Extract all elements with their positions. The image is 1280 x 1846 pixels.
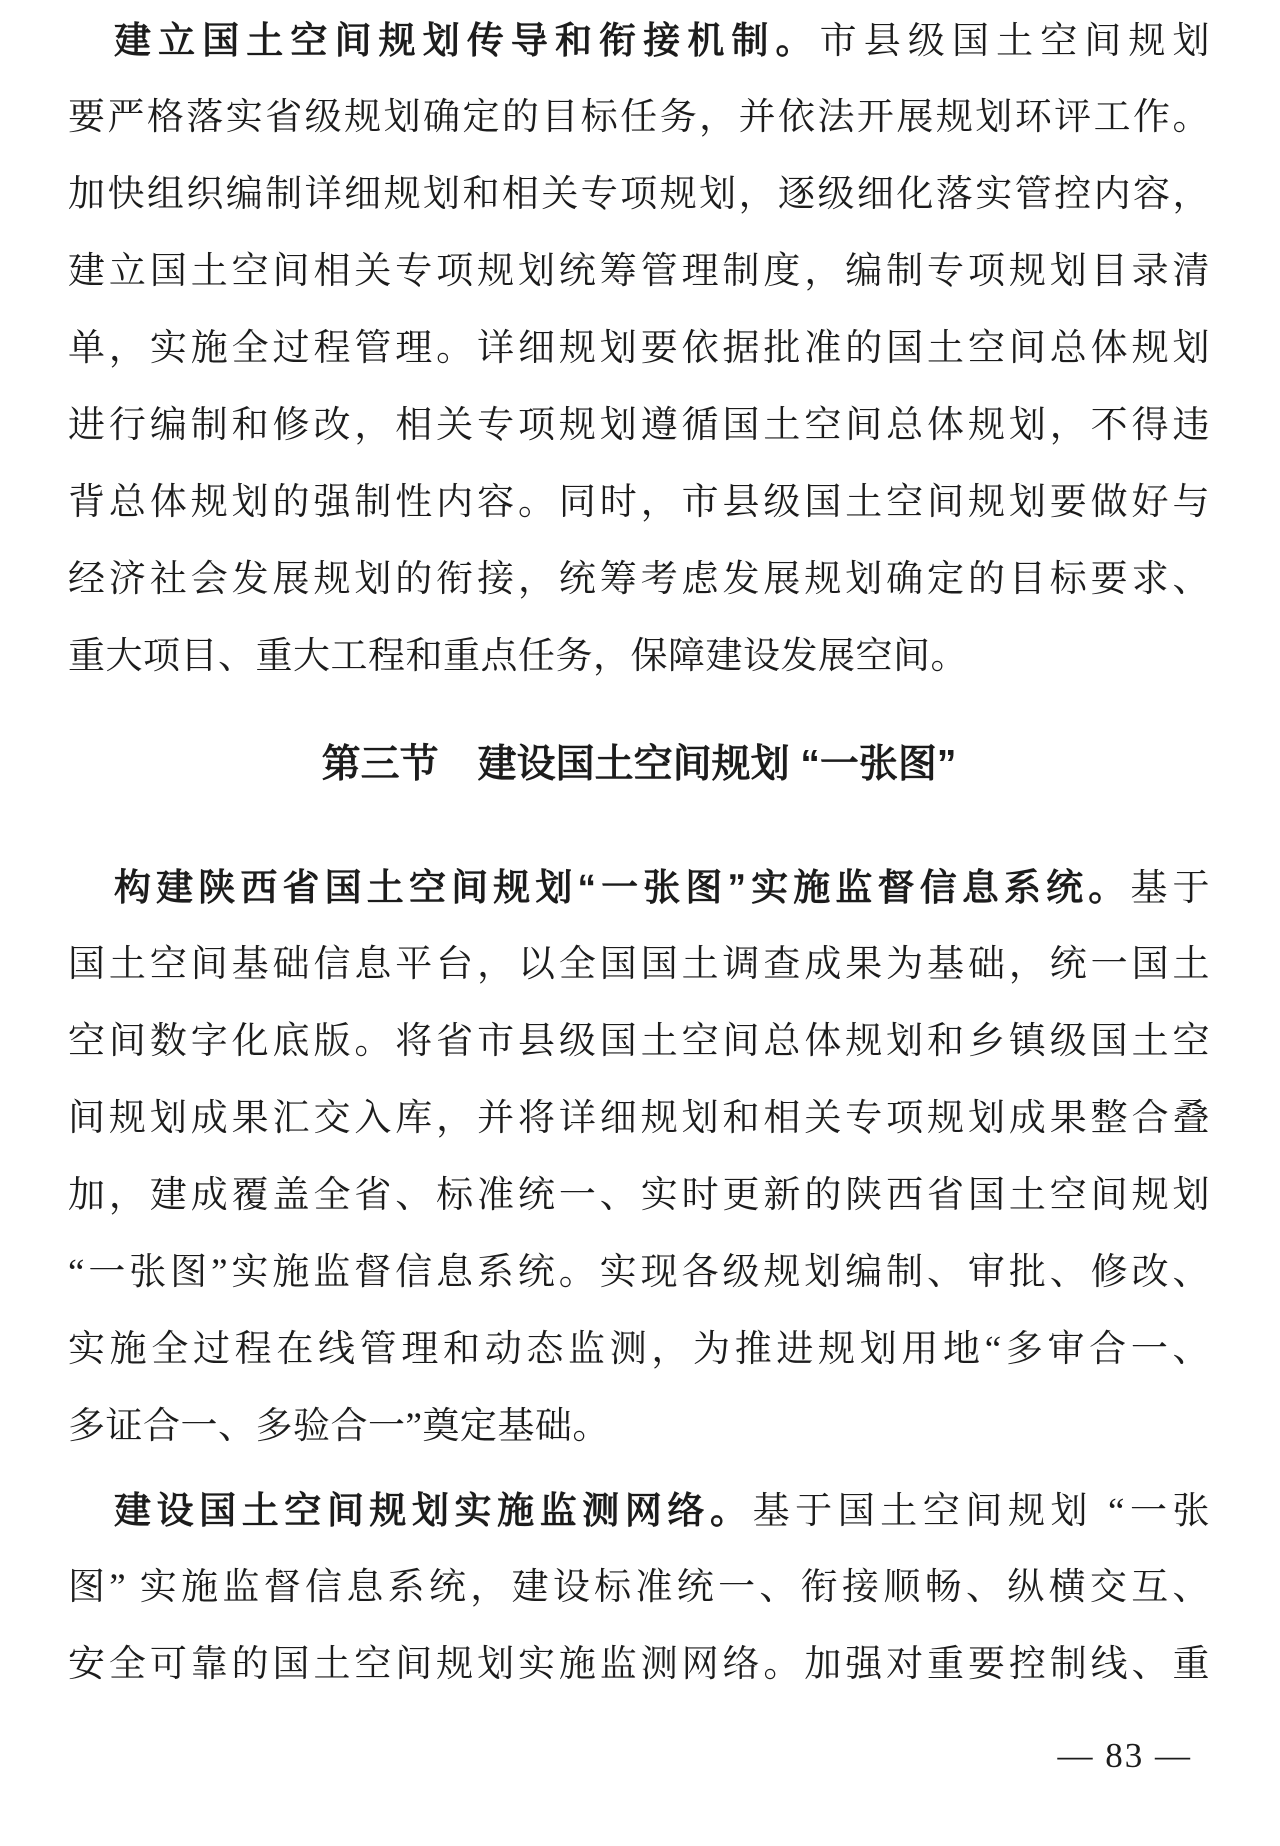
- section-heading: 第三节 建设国土空间规划 “一张图”: [68, 726, 1210, 803]
- line-text: 空间数字化底版。将省市县级国土空间总体规划和乡镇级国土空: [68, 1021, 1210, 1062]
- text-line: 建立国土空间规划传导和衔接机制。市县级国土空间规划: [68, 2, 1210, 79]
- document-page: { "doc": { "p1": { "lines": [ { "bold": …: [0, 0, 1280, 1846]
- line-text: “一张图”实施监督信息系统。实现各级规划编制、审批、修改、: [68, 1252, 1210, 1293]
- text-line: 间规划成果汇交入库，并将详细规划和相关专项规划成果整合叠: [68, 1080, 1210, 1157]
- text-line: 背总体规划的强制性内容。同时，市县级国土空间规划要做好与: [68, 464, 1210, 541]
- paragraph-one-map-system: 构建陕西省国土空间规划“一张图”实施监督信息系统。基于 国土空间基础信息平台，以…: [68, 849, 1210, 1465]
- line-text: 间规划成果汇交入库，并将详细规划和相关专项规划成果整合叠: [68, 1098, 1210, 1139]
- line-text: 基于国土空间规划 “一张: [753, 1491, 1210, 1532]
- line-text: 多证合一、多验合一”奠定基础。: [68, 1406, 610, 1447]
- line-text: 加快组织编制详细规划和相关专项规划，逐级细化落实管控内容，: [68, 174, 1210, 215]
- line-text: 要严格落实省级规划确定的目标任务，并依法开展规划环评工作。: [68, 97, 1210, 138]
- text-line: 重大项目、重大工程和重点任务，保障建设发展空间。: [68, 618, 1210, 695]
- line-text: 背总体规划的强制性内容。同时，市县级国土空间规划要做好与: [68, 482, 1210, 523]
- text-line: 建设国土空间规划实施监测网络。基于国土空间规划 “一张: [68, 1472, 1210, 1549]
- line-text: 加，建成覆盖全省、标准统一、实时更新的陕西省国土空间规划: [68, 1175, 1210, 1216]
- text-line: 图” 实施监督信息系统，建设标准统一、衔接顺畅、纵横交互、: [68, 1549, 1210, 1626]
- line-text: 基于: [1130, 868, 1210, 909]
- line-text: 经济社会发展规划的衔接，统筹考虑发展规划确定的目标要求、: [68, 559, 1210, 600]
- line-text: 安全可靠的国土空间规划实施监测网络。加强对重要控制线、重: [68, 1644, 1210, 1685]
- bold-lead-in: 建设国土空间规划实施监测网络。: [114, 1490, 753, 1531]
- text-line: 单，实施全过程管理。详细规划要依据批准的国土空间总体规划: [68, 310, 1210, 387]
- text-line: 国土空间基础信息平台，以全国国土调查成果为基础，统一国土: [68, 926, 1210, 1003]
- line-text: 建立国土空间相关专项规划统筹管理制度，编制专项规划目录清: [68, 251, 1210, 292]
- paragraph-monitoring-network: 建设国土空间规划实施监测网络。基于国土空间规划 “一张 图” 实施监督信息系统，…: [68, 1472, 1210, 1703]
- line-text: 图” 实施监督信息系统，建设标准统一、衔接顺畅、纵横交互、: [68, 1567, 1210, 1608]
- bold-lead-in: 构建陕西省国土空间规划“一张图”实施监督信息系统。: [114, 867, 1130, 908]
- text-line: 多证合一、多验合一”奠定基础。: [68, 1388, 1210, 1465]
- document-body: 建立国土空间规划传导和衔接机制。市县级国土空间规划 要严格落实省级规划确定的目标…: [0, 0, 1280, 1777]
- paragraph-plan-transmission: 建立国土空间规划传导和衔接机制。市县级国土空间规划 要严格落实省级规划确定的目标…: [68, 2, 1210, 695]
- line-text: 单，实施全过程管理。详细规划要依据批准的国土空间总体规划: [68, 328, 1210, 369]
- line-text: 国土空间基础信息平台，以全国国土调查成果为基础，统一国土: [68, 944, 1210, 985]
- section-heading-text: 第三节 建设国土空间规划 “一张图”: [322, 743, 957, 786]
- text-line: 构建陕西省国土空间规划“一张图”实施监督信息系统。基于: [68, 849, 1210, 926]
- line-text: 实施全过程在线管理和动态监测，为推进规划用地“多审合一、: [68, 1329, 1210, 1370]
- line-text: 市县级国土空间规划: [820, 21, 1210, 62]
- text-line: 安全可靠的国土空间规划实施监测网络。加强对重要控制线、重: [68, 1626, 1210, 1703]
- text-line: 要严格落实省级规划确定的目标任务，并依法开展规划环评工作。: [68, 79, 1210, 156]
- text-line: 加，建成覆盖全省、标准统一、实时更新的陕西省国土空间规划: [68, 1157, 1210, 1234]
- text-line: 进行编制和修改，相关专项规划遵循国土空间总体规划，不得违: [68, 387, 1210, 464]
- text-line: 经济社会发展规划的衔接，统筹考虑发展规划确定的目标要求、: [68, 541, 1210, 618]
- text-line: 空间数字化底版。将省市县级国土空间总体规划和乡镇级国土空: [68, 1003, 1210, 1080]
- page-number: — 83 —: [1058, 1736, 1193, 1775]
- text-line: “一张图”实施监督信息系统。实现各级规划编制、审批、修改、: [68, 1234, 1210, 1311]
- line-text: 进行编制和修改，相关专项规划遵循国土空间总体规划，不得违: [68, 405, 1210, 446]
- bold-lead-in: 建立国土空间规划传导和衔接机制。: [114, 20, 820, 61]
- page-footer: — 83 —: [68, 1735, 1210, 1777]
- text-line: 加快组织编制详细规划和相关专项规划，逐级细化落实管控内容，: [68, 156, 1210, 233]
- line-text: 重大项目、重大工程和重点任务，保障建设发展空间。: [68, 636, 968, 677]
- text-line: 实施全过程在线管理和动态监测，为推进规划用地“多审合一、: [68, 1311, 1210, 1388]
- text-line: 建立国土空间相关专项规划统筹管理制度，编制专项规划目录清: [68, 233, 1210, 310]
